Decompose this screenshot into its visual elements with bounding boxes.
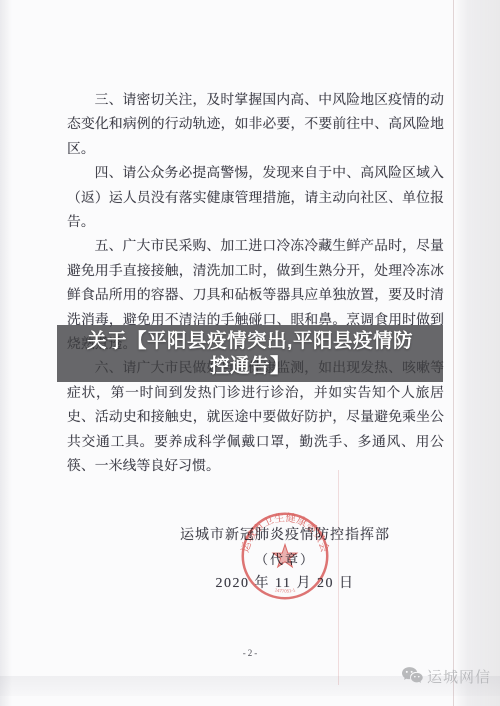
signature-block: 运城市新冠肺炎疫情防控指挥部 （代章） 2020 年 11 月 20 日 <box>165 524 405 596</box>
title-overlay-banner: 关于【平阳县疫情突出,平阳县疫情防 控通告】 <box>57 325 443 382</box>
watermark: 运城网信 <box>401 664 491 688</box>
scanned-notice-page: 三、请密切关注，及时掌握国内高、中风险地区疫情的动态变化和病例的行动轨迹，如非必… <box>0 0 500 706</box>
signature-date: 2020 年 11 月 20 日 <box>165 572 405 596</box>
page-number: -2- <box>234 648 268 658</box>
overlay-title-line2: 控通告】 <box>210 354 290 379</box>
left-edge-shade <box>0 0 12 706</box>
signature-seal-note: （代章） <box>165 548 405 572</box>
wechat-icon <box>401 666 423 686</box>
notice-paragraph-3: 三、请密切关注，及时掌握国内高、中风险地区疫情的动态变化和病例的行动轨迹，如非必… <box>67 88 444 161</box>
notice-paragraph-4: 四、请公众务必提高警惕，发现来自于中、高风险区域入（返）运人员没有落实健康管理措… <box>67 161 444 234</box>
watermark-label: 运城网信 <box>427 666 491 687</box>
notice-body-text: 三、请密切关注，及时掌握国内高、中风险地区疫情的动态变化和病例的行动轨迹，如非必… <box>67 88 444 479</box>
overlay-title-line1: 关于【平阳县疫情突出,平阳县疫情防 <box>87 329 413 354</box>
right-edge-shade <box>453 0 500 706</box>
signature-organization: 运城市新冠肺炎疫情防控指挥部 <box>165 524 405 548</box>
